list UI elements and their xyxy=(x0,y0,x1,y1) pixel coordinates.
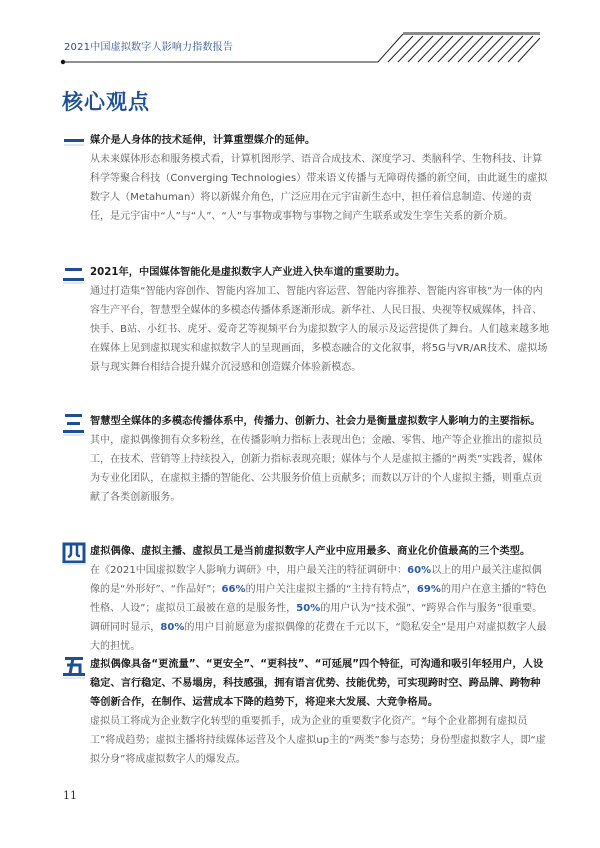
section-heading: 智慧型全媒体的多模态传播体系中，传播力、创新力、社会力是衡量虚拟数字人影响力的主… xyxy=(90,412,550,431)
body-text: 的用户关注虚拟主播的“主持有特点”， xyxy=(246,584,417,595)
page-title: 核心观点 xyxy=(62,86,150,116)
section-heading: 虚拟偶像、虚拟主播、虚拟员工是当前虚拟数字人产业中应用最多、商业化价值最高的三个… xyxy=(90,542,550,561)
numeral-two-icon xyxy=(62,263,86,287)
numeral-one-icon xyxy=(62,131,86,155)
header-bar xyxy=(403,32,540,35)
section-body: 其中，虚拟偶像拥有众多粉丝，在传播影响力指标上表现出色；金融、零售、地产等企业推… xyxy=(90,431,550,507)
body-text: 从未来媒体形态和服务模式看，计算机图形学、语音合成技术、深度学习、类脑科学、生物… xyxy=(90,154,547,222)
section-body: 虚拟员工将成为企业数字化转型的重要抓手，成为企业的重要数字化资产。“每个企业都拥… xyxy=(90,712,550,769)
section-body: 从未来媒体形态和服务模式看，计算机图形学、语音合成技术、深度学习、类脑科学、生物… xyxy=(90,150,550,226)
body-text: 通过打造集“智能内容创作、智能内容加工、智能内容运营、智能内容推荐、智能内容审核… xyxy=(90,286,549,373)
body-text: 其中，虚拟偶像拥有众多粉丝，在传播影响力指标上表现出色；金融、零售、地产等企业推… xyxy=(90,435,543,503)
stat-highlight: 50% xyxy=(296,603,320,614)
page-number: 11 xyxy=(63,789,77,802)
header-hatch xyxy=(388,36,540,62)
stat-highlight: 69% xyxy=(417,584,441,595)
numeral-four-icon xyxy=(62,542,86,566)
section-heading: 虚拟偶像具备“更流量”、“更安全”、“更科技”、“可延展”四个特征，可沟通和吸引… xyxy=(90,655,550,712)
numeral-five-icon xyxy=(62,655,86,679)
header-decoration xyxy=(0,0,600,80)
numeral-three-icon xyxy=(62,412,86,436)
stat-highlight: 60% xyxy=(407,565,431,576)
stat-highlight: 66% xyxy=(221,584,245,595)
body-text: 在《2021中国虚拟数字人影响力调研》中，用户最关注的特征调研中： xyxy=(90,565,407,576)
body-text: 虚拟员工将成为企业数字化转型的重要抓手，成为企业的重要数字化资产。“每个企业都拥… xyxy=(90,716,546,765)
section-heading: 媒介是人身体的技术延伸，计算重塑媒介的延伸。 xyxy=(90,131,550,150)
section-body: 通过打造集“智能内容创作、智能内容加工、智能内容运营、智能内容推荐、智能内容审核… xyxy=(90,282,550,377)
stat-highlight: 80% xyxy=(160,622,184,633)
section-heading: 2021年，中国媒体智能化是虚拟数字人产业进入快车道的重要助力。 xyxy=(90,263,550,282)
section-body: 在《2021中国虚拟数字人影响力调研》中，用户最关注的特征调研中：60%以上的用… xyxy=(90,561,550,656)
